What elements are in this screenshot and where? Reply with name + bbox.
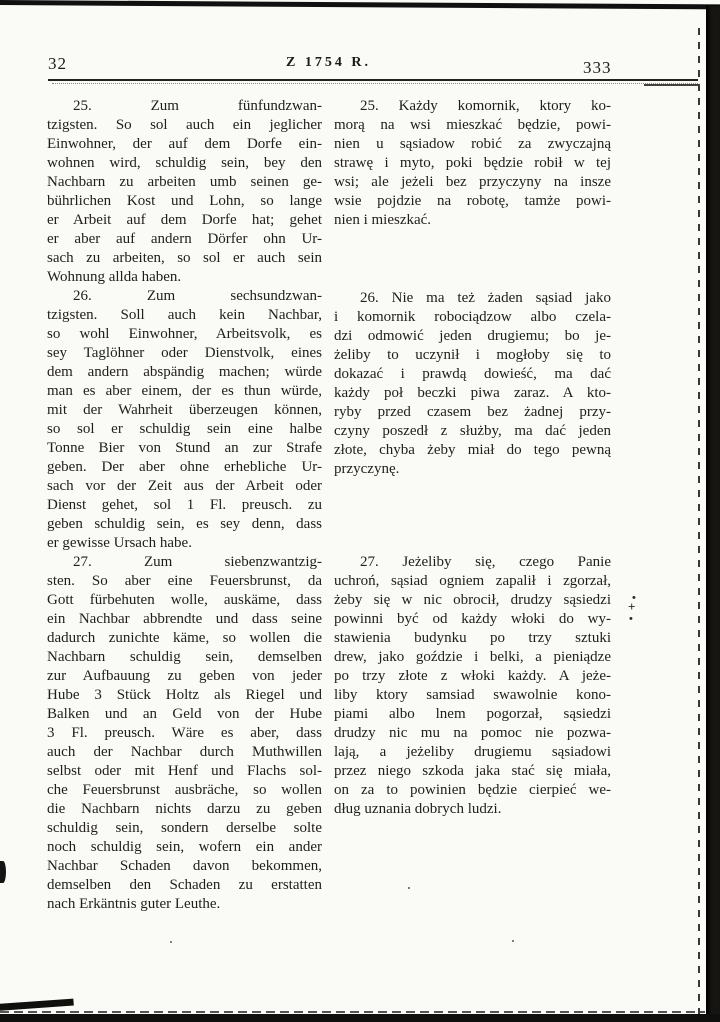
text-line: auch der Nachbar durch Muthwillen (47, 743, 322, 762)
text-line: wsi; ale jeżeli bez przyczyny na insze (334, 173, 611, 192)
text-line: mit der Wahrheit überzeugen können, (47, 401, 322, 420)
text-line: tzigsten. Soll auch kein Nachbar, (47, 306, 322, 325)
text-line: nien i mieszkać. (334, 211, 611, 230)
margin-mark-cross: + (628, 602, 635, 612)
text-line: Hube 3 Stück Holtz als Riegel und (47, 686, 322, 705)
text-line: Gott fürbehuten wolle, auskäme, dass (47, 591, 322, 610)
text-line: Dienst gehet, sol 1 Fl. preusch. zu (47, 496, 322, 515)
paragraph-26-polish: 26. Nie ma też żaden sąsiad jakoi komorn… (334, 289, 611, 479)
text-line: 27. Zum siebenzwantzig- (47, 553, 322, 572)
scan-right-edge (706, 5, 720, 1022)
scan-speck (170, 941, 172, 943)
text-line: sach vor der Zeit aus der Arbeit oder (47, 477, 322, 496)
text-line: Nachbar Schaden davon bekommen, (47, 857, 322, 876)
text-line: żeliby to uczynił i mogłoby się to (334, 346, 611, 365)
text-line: er gewisse Ursach habe. (47, 534, 322, 553)
text-line: 27. Jeżeliby się, czego Panie (334, 553, 611, 572)
text-line: drew, jako goździe i belki, a pieniądze (334, 648, 611, 667)
paragraph-25-polish: 25. Każdy komornik, ktory ko-morą na wsi… (334, 97, 611, 230)
text-line: nach Erkäntnis guter Leuthe. (47, 895, 322, 914)
text-line: dług uznania dobrych ludzi. (334, 800, 611, 819)
text-line: Nachbarn zu arbeiten umb seinen ge- (47, 173, 322, 192)
header-rule-right-segment (644, 84, 700, 86)
paragraph-27-polish: 27. Jeżeliby się, czego Panieuchroń, sąs… (334, 553, 611, 819)
text-line: przyczynę. (334, 460, 611, 479)
text-line: 3 Fl. preusch. Wäre es aber, dass (47, 724, 322, 743)
text-line: liby ktory samsiad swawolnie kono- (334, 686, 611, 705)
text-line: stawienia budynku po trzy sztuki (334, 629, 611, 648)
text-line: Tonne Bier von Stund an zur Strafe (47, 439, 322, 458)
text-line: drudzy nic mu na pomoc nie pozwa- (334, 724, 611, 743)
text-line: nien u sąsiadow robić za zwyczajną (334, 135, 611, 154)
text-line: zur Aufbauung zu geben von jeder (47, 667, 322, 686)
text-line: so sol er schuldig sein eine halbe (47, 420, 322, 439)
text-line: sey Taglöhner oder Dienstvolk, eines (47, 344, 322, 363)
text-line: dem andern abspändig machen; würde (47, 363, 322, 382)
text-line: er Arbeit auf dem Dorfe hat; gehet (47, 211, 322, 230)
text-line: żeby się w nic obrocił, drudzy sąsiedzi (334, 591, 611, 610)
scan-top-edge (0, 0, 720, 9)
text-line: 25. Każdy komornik, ktory ko- (334, 97, 611, 116)
text-line: przez niego szkoda jaka stać się miała, (334, 762, 611, 781)
header-page-number-left: 32 (48, 54, 67, 74)
text-line: tzigsten. So sol auch ein jeglicher (47, 116, 322, 135)
text-line: die Nachbarn nichts darzu zu geben (47, 800, 322, 819)
text-line: morą na wsi mieszkać będzie, powi- (334, 116, 611, 135)
text-line: piami albo lnem pogorzał, sąsiedzi (334, 705, 611, 724)
header-page-number-right: 333 (583, 58, 612, 78)
text-line: schuldig sein, sondern derselbe solte (47, 819, 322, 838)
text-line: er aber auf andern Dörfer ohn Ur- (47, 230, 322, 249)
scan-right-gutter-line (698, 28, 700, 1016)
text-line: on za to powinien będzie cierpieć we- (334, 781, 611, 800)
header-rule-echo (52, 83, 698, 84)
text-line: złote, chyba żeby miał do tego pewną (334, 441, 611, 460)
text-line: lają, a jeżeliby drugiemu sąsiadowi (334, 743, 611, 762)
text-line: so wohl Einwohner, Arbeitsvolk, es (47, 325, 322, 344)
text-line: geben. Der aber ohne erhebliche Ur- (47, 458, 322, 477)
left-column-german: 25. Zum fünfundzwan-tzigsten. So sol auc… (47, 97, 322, 914)
text-line: noch schuldig sein, wofern ein ander (47, 838, 322, 857)
scan-left-mark (0, 861, 6, 883)
text-line: 25. Zum fünfundzwan- (47, 97, 322, 116)
paragraph-26-german: 26. Zum sechsundzwan-tzigsten. Soll auch… (47, 287, 322, 553)
scan-bottom-curl (0, 999, 74, 1011)
text-line: Einwohner, der auf dem Dorfe ein- (47, 135, 322, 154)
scan-bottom-fuzz (0, 1011, 705, 1013)
text-line: uchroń, sąsiad ogniem zapalił i zgorzał, (334, 572, 611, 591)
text-line: ein Nachbar abbrendte und dass seine (47, 610, 322, 629)
paragraph-25-german: 25. Zum fünfundzwan-tzigsten. So sol auc… (47, 97, 322, 287)
text-line: powinni być od każdy włoki do wy- (334, 610, 611, 629)
text-line: sten. So aber eine Feuersbrunst, da (47, 572, 322, 591)
text-line: czyny poszedł z służby, ma dać jeden (334, 422, 611, 441)
text-line: Wohnung allda haben. (47, 268, 322, 287)
text-line: dokazać i prawdą dowieść, ma dać (334, 365, 611, 384)
text-line: i komornik robociądzow albo czela- (334, 308, 611, 327)
text-line: po trzy złote z włoki każdy. A jeże- (334, 667, 611, 686)
text-line: strawę i myto, poki będzie robił w tej (334, 154, 611, 173)
text-line: Nachbarn schuldig sein, demselben (47, 648, 322, 667)
text-line: 26. Nie ma też żaden sąsiad jako (334, 289, 611, 308)
text-line: demselben den Schaden zu erstatten (47, 876, 322, 895)
text-line: dadurch zunichte käme, so wollen die (47, 629, 322, 648)
header-rule (48, 79, 698, 81)
text-line: 26. Zum sechsundzwan- (47, 287, 322, 306)
text-line: man es aber einem, der es thun würde, (47, 382, 322, 401)
text-line: selbst oder mit Henf und Flachs sol- (47, 762, 322, 781)
text-line: wsie pojdzie na robotę, tamże powi- (334, 192, 611, 211)
text-line: ryby przed czasem bez żadnej przy- (334, 403, 611, 422)
scan-speck (408, 887, 410, 889)
text-line: Balken und an Geld von der Hube (47, 705, 322, 724)
text-line: wohnen wird, schuldig sein, bey den (47, 154, 322, 173)
text-line: każdy poł beczki piwa zaraz. A kto- (334, 384, 611, 403)
text-line: che Feuersbrunst ausbräche, so wollen (47, 781, 322, 800)
text-line: sach zu arbeiten, so sol er auch sein (47, 249, 322, 268)
running-title: Z 1754 R. (286, 55, 371, 71)
paragraph-27-german: 27. Zum siebenzwantzig-sten. So aber ein… (47, 553, 322, 914)
text-line: dzi odmowić jeden drugiemu; bo je- (334, 327, 611, 346)
text-line: bührlichen Kost und Lohn, so lange (47, 192, 322, 211)
text-line: geben schuldig sein, es sey denn, dass (47, 515, 322, 534)
scan-speck (512, 940, 514, 942)
margin-mark-dot-bottom: • (629, 614, 633, 624)
scan-bottom-edge (0, 1014, 720, 1022)
